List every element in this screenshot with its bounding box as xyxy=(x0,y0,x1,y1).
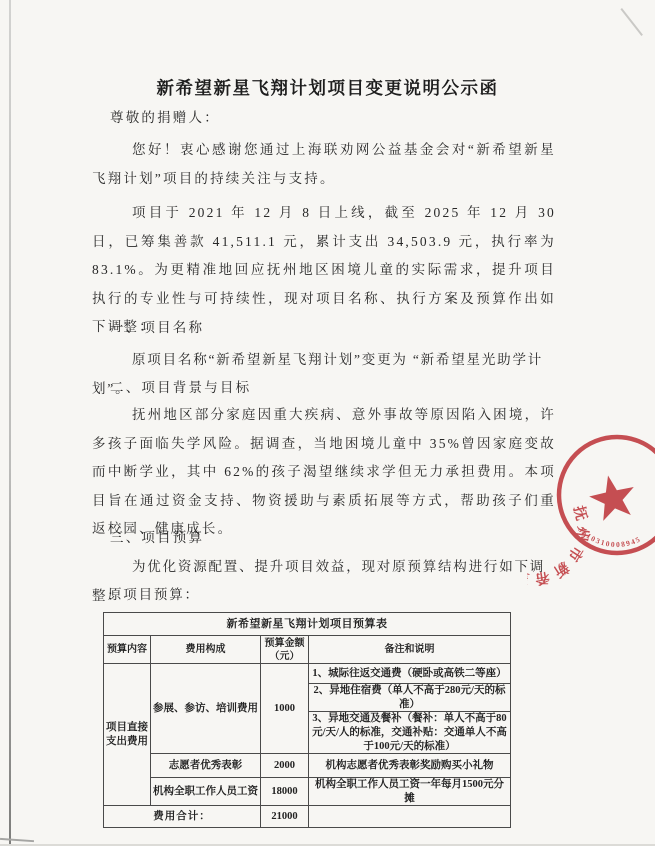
budget-intro-line: 原项目预算： xyxy=(92,581,556,610)
budget-table-title: 新希望新星飞翔计划项目预算表 xyxy=(104,613,511,636)
total-notes-empty-cell xyxy=(309,806,511,828)
top-right-scratch xyxy=(621,8,643,36)
intro-paragraph: 您好！衷心感谢您通过上海联劝网公益基金会对“新希望新星飞翔计划”项目的持续关注与… xyxy=(92,136,556,193)
total-label-cell: 费用合计： xyxy=(104,806,261,828)
header-cell-item: 费用构成 xyxy=(151,636,261,664)
section-2-heading: 二、项目背景与目标 xyxy=(92,374,556,403)
scanner-bottom-margin xyxy=(0,846,655,859)
item-cell-row2: 志愿者优秀表彰 xyxy=(151,754,261,778)
total-amount-cell: 21000 xyxy=(261,806,309,828)
amount-cell-row2: 2000 xyxy=(261,754,309,778)
header-cell-category: 预算内容 xyxy=(104,636,151,664)
category-cell: 项目直接支出费用 xyxy=(104,664,151,806)
bottom-left-corner-mark xyxy=(0,838,34,842)
header-cell-notes: 备注和说明 xyxy=(309,636,511,664)
section-3-heading: 三、项目预算 xyxy=(92,524,556,553)
note-cell-1: 1、城际往返交通费（硬卧或高铁二等座） xyxy=(309,664,511,684)
note-cell-2: 2、异地住宿费（单人不高于280元/天的标准） xyxy=(309,684,511,712)
item-cell-row1: 参展、参访、培训费用 xyxy=(151,664,261,754)
amount-cell-row3: 18000 xyxy=(261,778,309,806)
scanner-left-edge-line xyxy=(9,0,11,846)
budget-table: 新希望新星飞翔计划项目预算表 预算内容 费用构成 预算金额（元） 备注和说明 项… xyxy=(103,612,511,828)
page-title: 新希望新星飞翔计划项目变更说明公示函 xyxy=(0,75,655,100)
official-seal: 抚州市新希望公益基金会 3610310008945 xyxy=(527,405,655,605)
note-cell-row2: 机构志愿者优秀表彰奖励购买小礼物 xyxy=(309,754,511,778)
note-cell-row3: 机构全职工作人员工资一年每月1500元分摊 xyxy=(309,778,511,806)
scanned-document-page: 新希望新星飞翔计划项目变更说明公示函 尊敬的捐赠人： 您好！衷心感谢您通过上海联… xyxy=(0,0,655,859)
header-cell-amount: 预算金额（元） xyxy=(261,636,309,664)
note-cell-3: 3、异地交通及餐补（餐补：单人不高于80元/天/人的标准，交通补贴：交通单人不高… xyxy=(309,712,511,754)
section-1-heading: 一、项目名称 xyxy=(92,314,556,343)
item-cell-row3: 机构全职工作人员工资 xyxy=(151,778,261,806)
section-2-body: 抚州地区部分家庭因重大疾病、意外事故等原因陷入困境，许多孩子面临失学风险。据调查… xyxy=(92,401,556,544)
greeting-line: 尊敬的捐赠人： xyxy=(92,104,556,133)
seal-star-icon xyxy=(586,471,640,523)
amount-cell-row1: 1000 xyxy=(261,664,309,754)
